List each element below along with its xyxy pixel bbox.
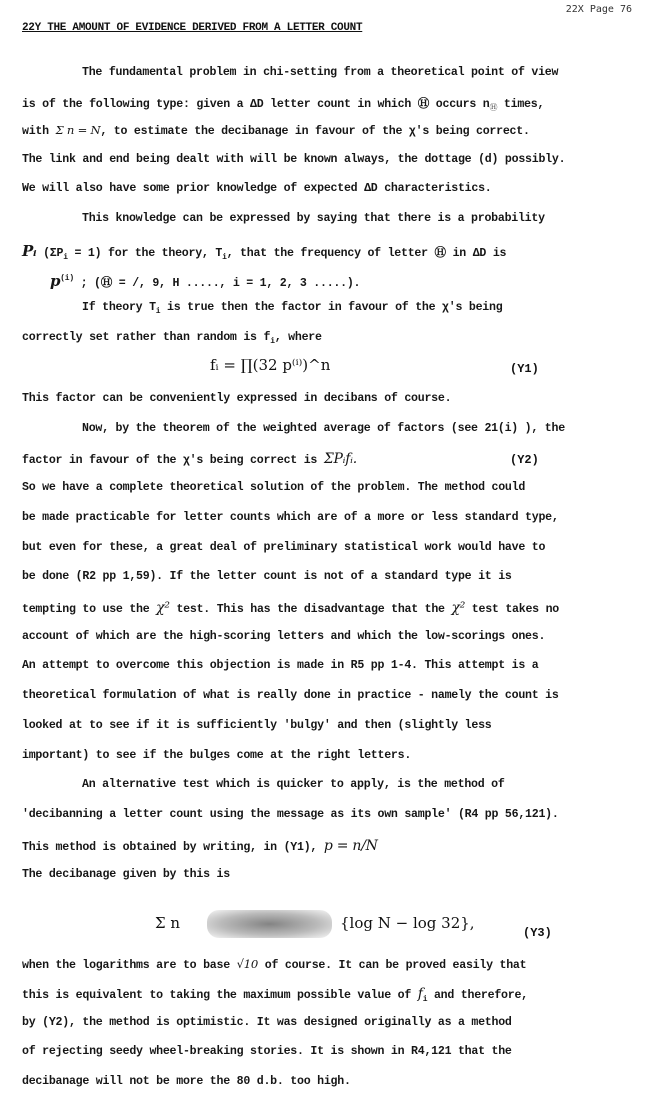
text-line: with Σ n = N, to estimate the decibanage…	[22, 123, 530, 138]
chi-squared-symbol: χ²	[451, 600, 465, 616]
text-line: The link and end being dealt with will b…	[22, 153, 565, 166]
text-line: decibanage will not be more the 80 d.b. …	[22, 1075, 351, 1088]
frequency-symbol: p	[50, 272, 60, 290]
text-span: correctly set rather than random is f	[22, 331, 270, 344]
text-line: correctly set rather than random is fi, …	[22, 331, 322, 346]
text-line: This knowledge can be expressed by sayin…	[82, 212, 545, 225]
text-line: So we have a complete theoretical soluti…	[22, 481, 525, 494]
text-line: Now, by the theorem of the weighted aver…	[82, 422, 565, 435]
text-line: This method is obtained by writing, in (…	[22, 838, 378, 854]
superscript: (i)	[60, 274, 74, 283]
text-line: of rejecting seedy wheel-breaking storie…	[22, 1045, 512, 1058]
text-line: If theory Ti is true then the factor in …	[82, 301, 502, 316]
text-line: is of the following type: given a ΔD let…	[22, 95, 544, 113]
text-span: , that the frequency of letter Ⓗ in ΔD i…	[227, 247, 507, 260]
text-span: this is equivalent to taking the maximum…	[22, 989, 418, 1002]
text-line: account of which are the high-scoring le…	[22, 630, 545, 643]
equation-label-y2: (Y2)	[510, 453, 539, 467]
text-line: by (Y2), the method is optimistic. It wa…	[22, 1016, 512, 1029]
text-span: ; (Ⓗ = /, 9, H ....., i = 1, 2, 3 .....)…	[81, 277, 361, 290]
equation-y1: fᵢ = ∏(32 p⁽ⁱ⁾)^n	[210, 356, 330, 374]
text-span: = 1) for the theory, T	[68, 247, 222, 260]
text-span: (ΣP	[43, 247, 63, 260]
page-number: 22X Page 76	[566, 4, 632, 15]
text-span: tempting to use the	[22, 603, 156, 616]
text-span: test takes no	[465, 603, 559, 616]
text-line: Pᵢ (ΣPi = 1) for the theory, Ti, that th…	[22, 242, 506, 262]
sqrt-ten-symbol: √10	[237, 957, 258, 971]
text-line: when the logarithms are to base √10 of c…	[22, 957, 526, 972]
text-line: 'decibanning a letter count using the me…	[22, 808, 559, 821]
text-span: is of the following type: given a ΔD let…	[22, 98, 489, 111]
text-span: of course. It can be proved easily that	[258, 959, 526, 972]
chi-squared-symbol: χ²	[156, 600, 170, 616]
equation-y3-right: {log N − log 32},	[340, 914, 475, 932]
text-line: We will also have some prior knowledge o…	[22, 182, 492, 195]
text-line: looked at to see if it is sufficiently '…	[22, 719, 492, 732]
text-line: important) to see if the bulges come at …	[22, 749, 411, 762]
equation-label-y1: (Y1)	[510, 362, 539, 376]
text-span: , to estimate the decibanage in favour o…	[100, 125, 529, 138]
text-line: be made practicable for letter counts wh…	[22, 511, 559, 524]
ink-smudge	[207, 910, 332, 938]
equation-y3-left: Σ n	[155, 914, 180, 932]
equation-label-y3: (Y3)	[523, 926, 552, 940]
text-line: this is equivalent to taking the maximum…	[22, 986, 528, 1004]
probability-symbol: Pᵢ	[22, 242, 36, 260]
text-line: The fundamental problem in chi-setting f…	[82, 66, 558, 79]
text-line: factor in favour of the χ's being correc…	[22, 451, 357, 467]
text-line: The decibanage given by this is	[22, 868, 230, 881]
text-span: is true then the factor in favour of the…	[160, 301, 502, 314]
weighted-sum-formula: ΣPᵢfᵢ.	[324, 451, 357, 467]
text-line: be done (R2 pp 1,59). If the letter coun…	[22, 570, 512, 583]
sum-formula: Σ n = N	[56, 123, 101, 137]
text-span: If theory T	[82, 301, 156, 314]
text-line: theoretical formulation of what is reall…	[22, 689, 559, 702]
frequency-definition-formula: p = n/N	[324, 838, 378, 854]
text-line: An attempt to overcome this objection is…	[22, 659, 538, 672]
text-span: , where	[275, 331, 322, 344]
text-line: p(i) ; (Ⓗ = /, 9, H ....., i = 1, 2, 3 .…	[50, 272, 360, 290]
text-span: This method is obtained by writing, in (…	[22, 841, 324, 854]
text-span: when the logarithms are to base	[22, 959, 237, 972]
circled-letter-icon: Ⓗ	[489, 103, 497, 112]
text-span: test. This has the disadvantage that the	[170, 603, 452, 616]
text-line: An alternative test which is quicker to …	[82, 778, 505, 791]
text-span: factor in favour of the χ's being correc…	[22, 454, 324, 467]
section-title: 22Y THE AMOUNT OF EVIDENCE DERIVED FROM …	[22, 22, 362, 34]
text-line: This factor can be conveniently expresse…	[22, 392, 451, 405]
text-line: tempting to use the χ² test. This has th…	[22, 600, 559, 616]
document-page: 22X Page 76 22Y THE AMOUNT OF EVIDENCE D…	[0, 0, 650, 1112]
text-span: and therefore,	[427, 989, 528, 1002]
text-span: times,	[504, 98, 544, 111]
text-line: but even for these, a great deal of prel…	[22, 541, 545, 554]
text-span: with	[22, 125, 56, 138]
